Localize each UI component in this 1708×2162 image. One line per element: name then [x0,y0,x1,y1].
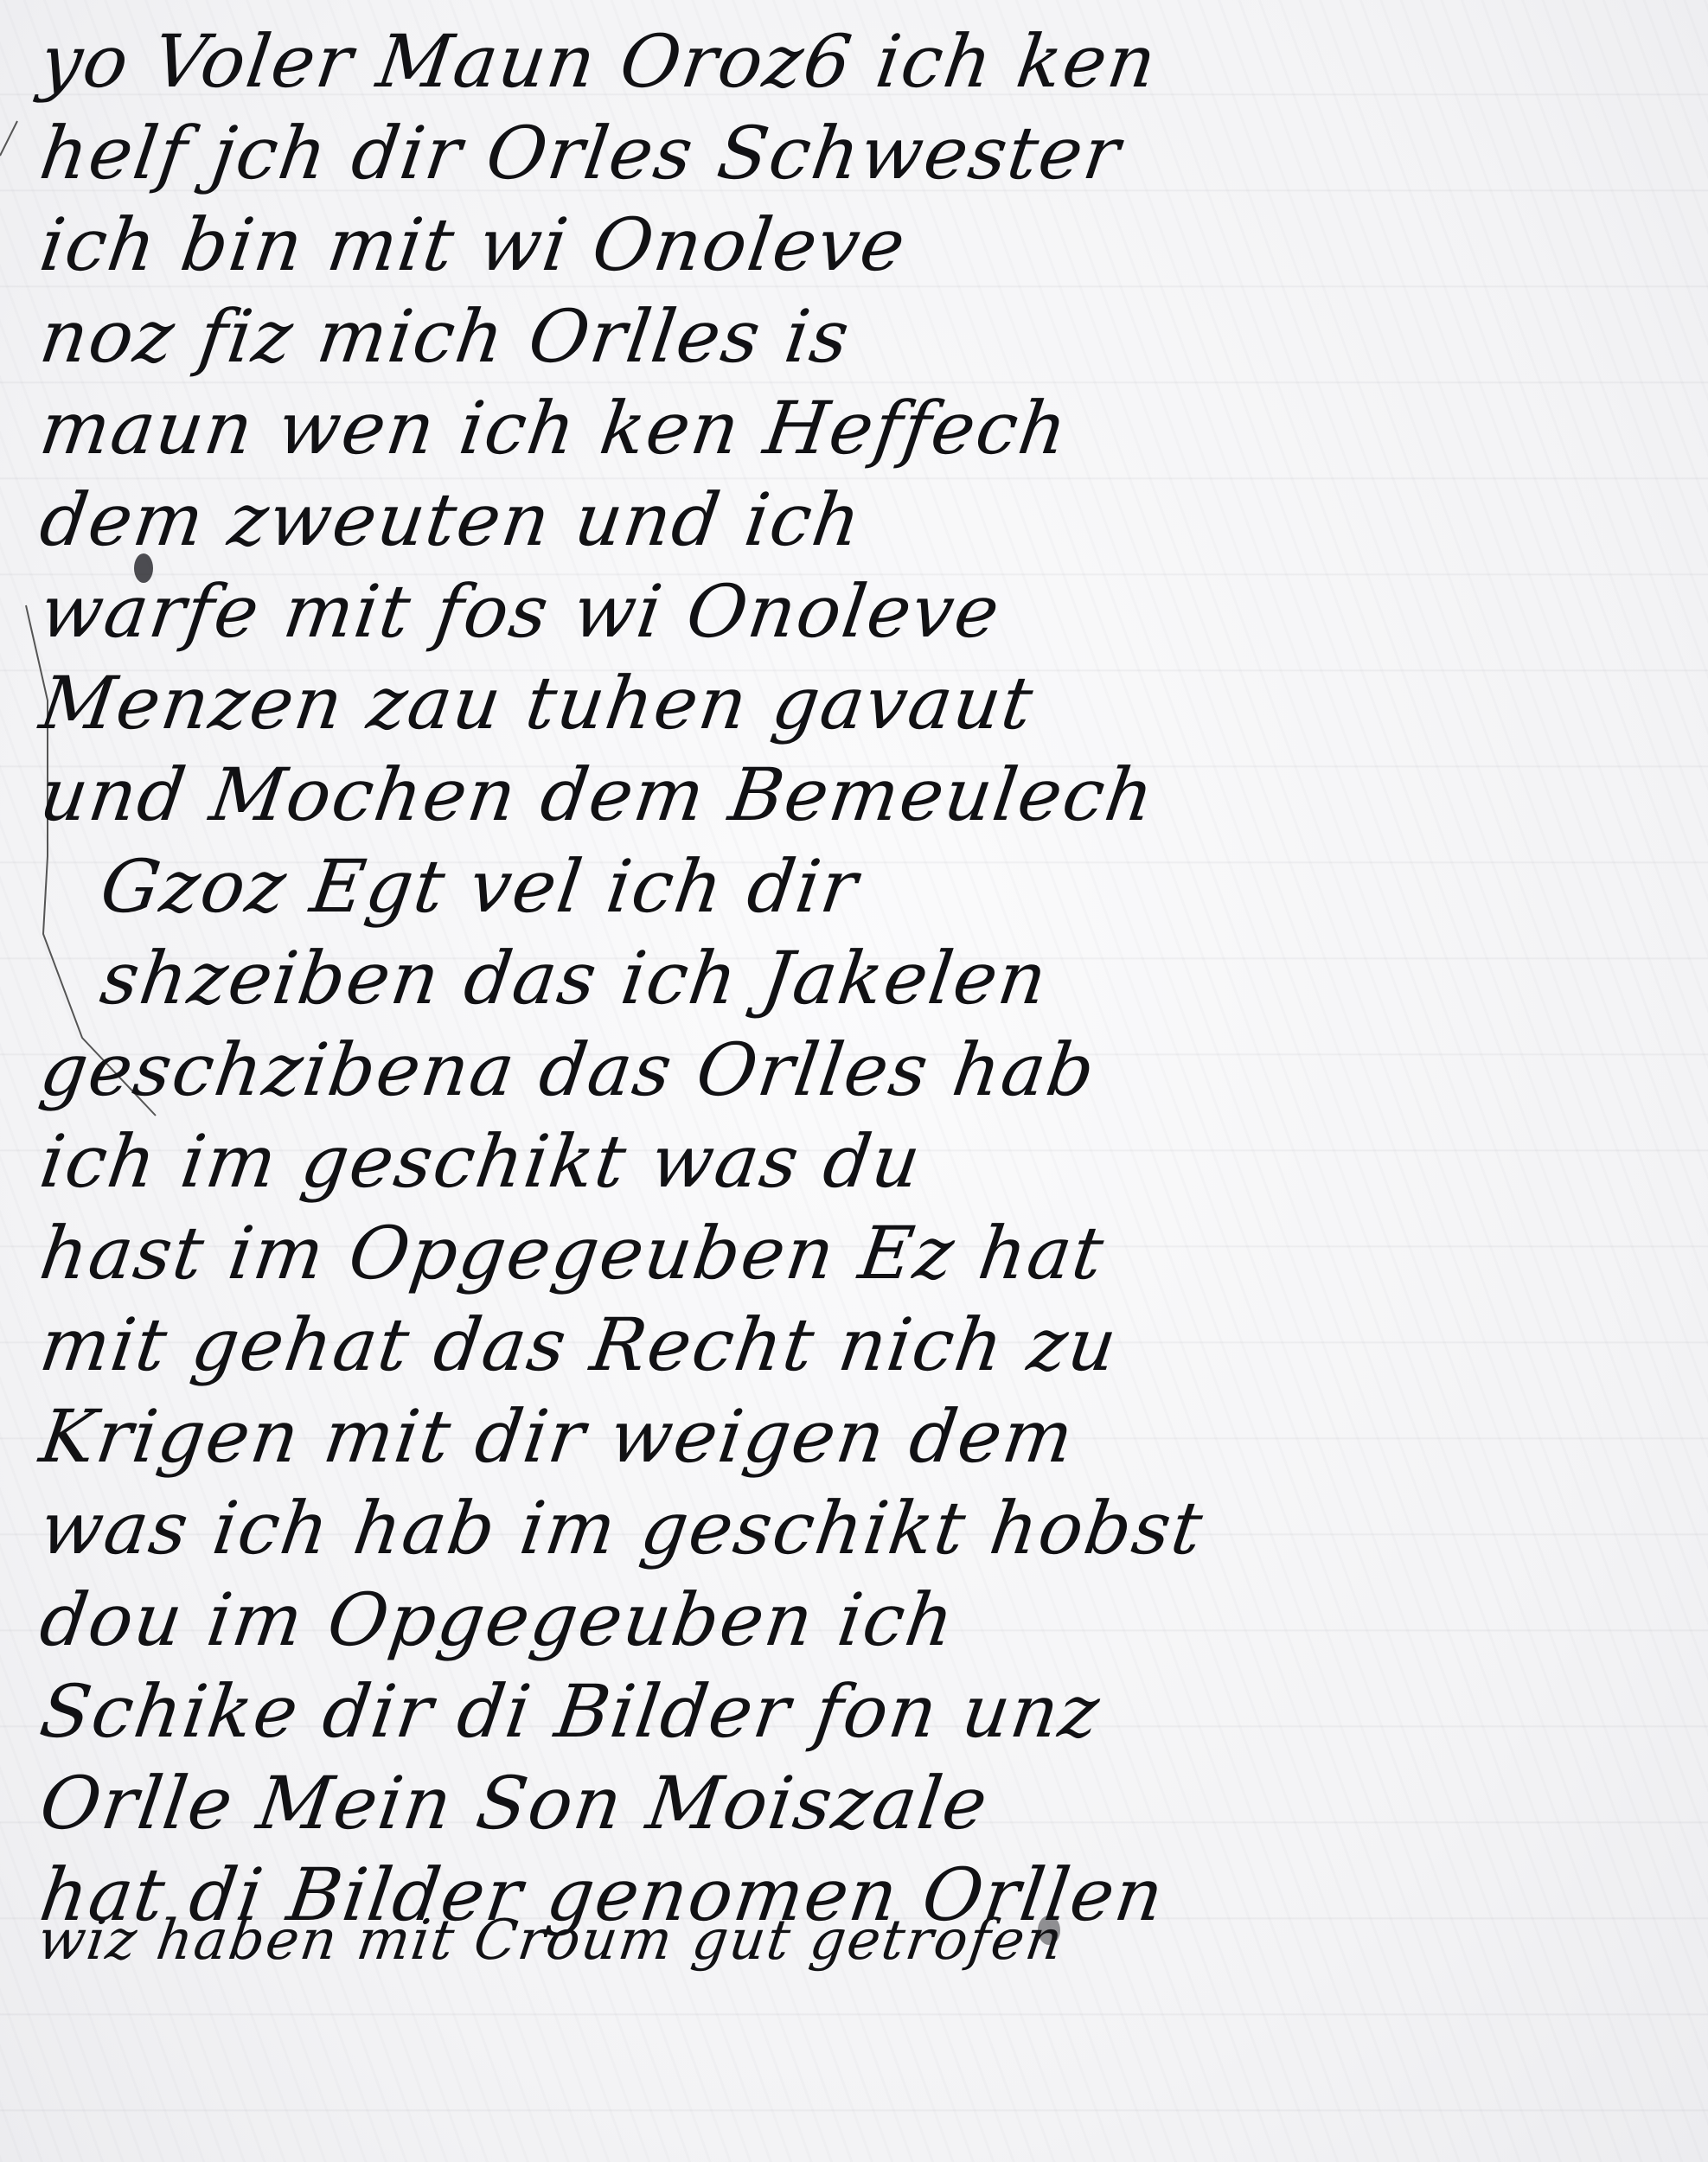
letter-line-2: helf jch dir Orles Schwester [35,107,1691,199]
letter-line-14: hast im Opgegeuben Ez hat [35,1207,1691,1299]
letter-body: yo Voler Maun Oroz6 ich ken helf jch dir… [35,16,1678,1967]
letter-line-3: ich bin mit wi Onoleve [35,199,1691,291]
letter-line-18: dou im Opgegeuben ich [35,1574,1691,1666]
letter-line-11: shzeiben das ich Jakelen [35,932,1691,1024]
letter-line-4: noz fiz mich Orlles is [35,291,1691,382]
letter-line-10: Gzoz Egt vel ich dir [35,841,1691,932]
letter-line-5: maun wen ich ken Heffech [35,382,1691,474]
letter-line-6: dem zweuten und ich [35,474,1691,566]
letter-line-13: ich im geschikt was du [35,1116,1691,1207]
letter-line-15: mit gehat das Recht nich zu [35,1299,1691,1391]
letter-line-16: Krigen mit dir weigen dem [35,1391,1691,1482]
letter-page: yo Voler Maun Oroz6 ich ken helf jch dir… [0,0,1708,2162]
letter-line-19: Schike dir di Bilder fon unz [35,1666,1691,1757]
letter-line-8: Menzen zau tuhen gavaut [35,657,1691,749]
letter-line-17: was ich hab im geschikt hobst [35,1482,1691,1574]
letter-line-22: wiz haben mit Croum gut getrofen [35,1915,1685,1967]
letter-line-7: warfe mit fos wi Onoleve [35,566,1691,657]
letter-line-20: Orlle Mein Son Moiszale [35,1757,1691,1849]
letter-line-1: yo Voler Maun Oroz6 ich ken [35,16,1691,107]
letter-line-9: und Mochen dem Bemeulech [35,749,1691,841]
letter-line-12: geschzibena das Orlles hab [35,1024,1691,1116]
